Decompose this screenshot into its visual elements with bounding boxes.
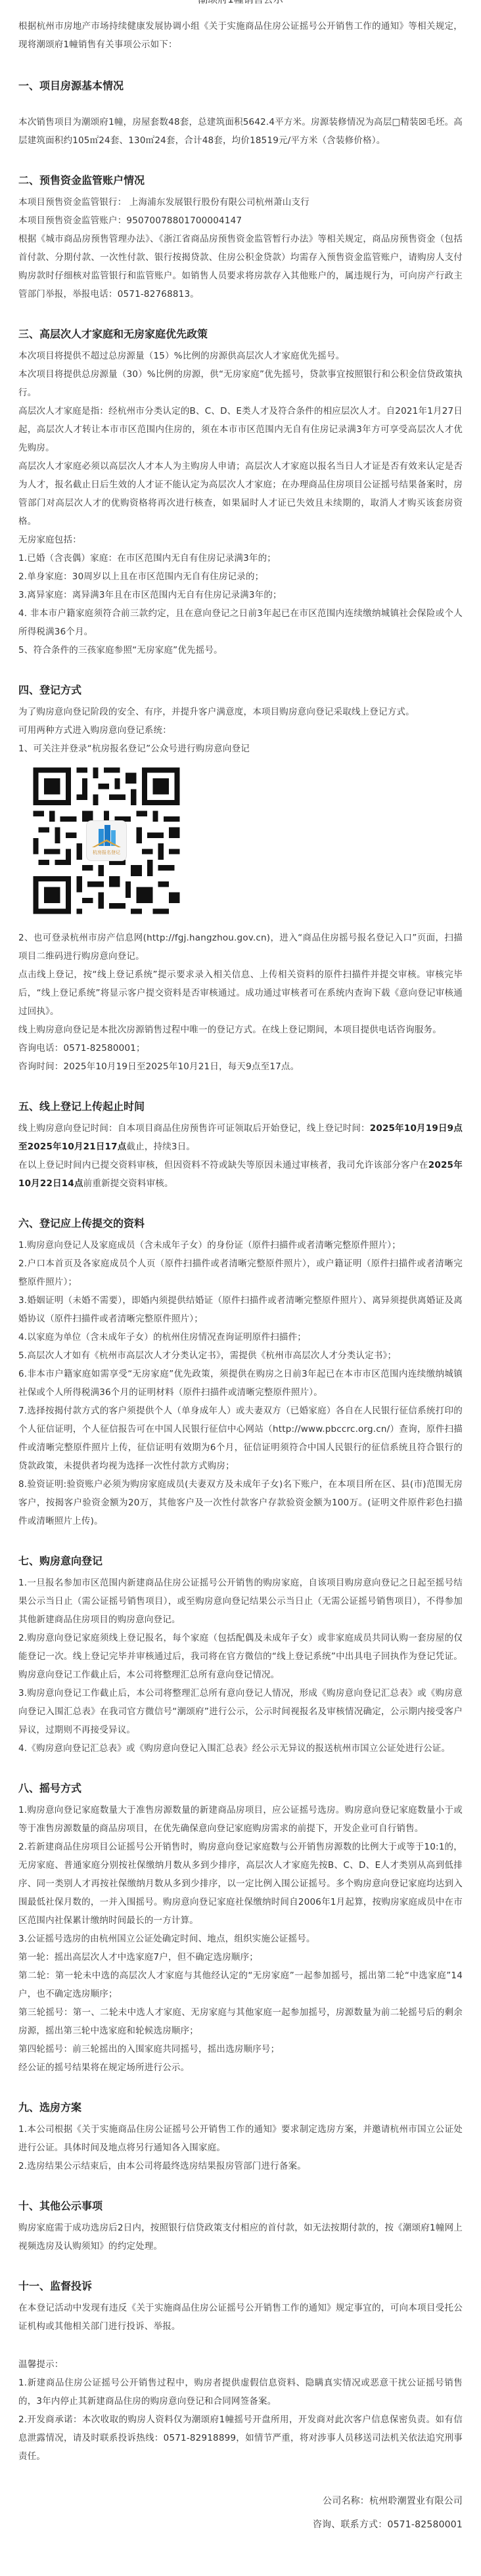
document-item: 2.户口本首页及各家庭成员个人页（原件扫描件或者清晰完整原件照片），或户籍证明（… — [18, 1255, 463, 1291]
section-4-heading: 四、登记方式 — [18, 682, 463, 699]
intent-item: 1.一旦报名参加市区范围内新建商品住房公证摇号公开销售的购房家庭，自该项目购房意… — [18, 1574, 463, 1629]
talent-rules: 高层次人才家庭必须以高层次人才本人为主购房人申请；高层次人才家庭以报名当日人才证… — [18, 457, 463, 531]
no-house-item: 2.单身家庭：30周岁以上且在市区范围内无自有住房记录的； — [18, 567, 463, 586]
lottery-round: 第二轮：第一轮未中选的高层次人才家庭与其他经认定的“无房家庭”一起参加摇号，摇出… — [18, 1966, 463, 2003]
supervision-account: 本项目预售资金监管账户：95070078801700004147 — [18, 211, 463, 230]
consult-phone: 咨询电话：0571-82580001； — [18, 1039, 463, 1057]
section-10-heading: 十、其他公示事项 — [18, 2198, 463, 2215]
resubmission-pre: 在以上登记时间内已提交资料审核，但因资料不符或缺失等原因未通过审核者，我司允许该… — [18, 1160, 428, 1170]
lottery-item: 1.购房意向登记家庭数量大于准售房源数量的新建商品房项目，应公证摇号选房。购房意… — [18, 1801, 463, 1838]
registration-period: 线上购房意向登记时间：自本项目商品住房预售许可证领取后开始登记，线上登记时间：2… — [18, 1119, 463, 1156]
intro-paragraph: 根据杭州市房地产市场持续健康发展协调小组《关于实施商品住房公证摇号公开销售工作的… — [18, 17, 463, 54]
lottery-round: 第一轮：摇出高层次人才中选家庭7户，但不确定选房顺序； — [18, 1948, 463, 1966]
consult-hours: 咨询时间：2025年10月19日至2025年10月21日，每天9点至17点。 — [18, 1057, 463, 1076]
no-house-quota: 本次项目将提供总房源量（30）%比例的房源，供“无房家庭”优先摇号，贷款事宜按照… — [18, 365, 463, 402]
section-9-heading: 九、选房方案 — [18, 2099, 463, 2116]
section-2-text: 根据《城市商品房预售管理办法》、《浙江省商品房预售资金监管暂行办法》等相关规定，… — [18, 230, 463, 303]
qr-logo: 杭房报名登记 — [86, 820, 127, 861]
registration-method: 为了购房意向登记阶段的安全、有序，并提升客户满意度，本项目购房意向登记采取线上登… — [18, 703, 463, 721]
intent-item: 4.《购房意向登记汇总表》或《购房意向登记入围汇总表》经公示无异议的报送杭州市国… — [18, 1739, 463, 1758]
supervision-bank: 本项目预售资金监管银行： 上海浦东发展银行股份有限公司杭州萧山支行 — [18, 193, 463, 211]
section-1-text: 本次销售项目为潮颂府1幢，房屋套数48套，总建筑面积5642.4平方米。房源装修… — [18, 113, 463, 150]
section-11-heading: 十一、监督投诉 — [18, 2278, 463, 2295]
lottery-item: 3.公证摇号选房的由杭州国立公证处确定时间、地点，组织实施公证摇号。 — [18, 1930, 463, 1948]
registration-way-1: 1、可关注并登录“杭房报名登记”公众号进行购房意向登记 — [18, 740, 463, 758]
building-logo-icon: 杭房报名登记 — [87, 821, 126, 860]
tip-item: 2.开发商承诺：本次收取的购房人资料仅为潮颂府1幢摇号开盘所用，开发商对此次客户… — [18, 2410, 463, 2466]
section-7-heading: 七、购房意向登记 — [18, 1553, 463, 1570]
lottery-round: 第四轮摇号：前三轮摇出的入围家庭共同摇号，摇出选房顺序号； — [18, 2040, 463, 2058]
complaint-notice: 在本登记活动中发现有违反《关于实施商品住房公证摇号公开销售工作的通知》规定事宜的… — [18, 2299, 463, 2336]
tips-heading: 温馨提示： — [18, 2355, 463, 2374]
company-name: 公司名称：杭州聆潮置业有限公司 — [18, 2489, 463, 2513]
no-house-item: 1.已婚（含丧偶）家庭：在市区范围内无自有住房记录满3年的； — [18, 549, 463, 567]
other-notice: 购房家庭需于成功选房后2日内，按照银行信贷政策支付相应的首付款，如无法按期付款的… — [18, 2219, 463, 2255]
document-item: 4.以家庭为单位（含未成年子女）的杭州住房情况查询证明原件扫描件； — [18, 1328, 463, 1346]
lottery-item: 经公证的摇号结果将在规定场所进行公示。 — [18, 2058, 463, 2077]
announcement-document: 潮颂府1幢销售公示 根据杭州市房地产市场持续健康发展协调小组《关于实施商品住房公… — [0, 0, 481, 2576]
registration-way-2: 2、也可登录杭州市房产信息网(http://fgj.hangzhou.gov.c… — [18, 929, 463, 966]
section-1-heading: 一、项目房源基本情况 — [18, 78, 463, 95]
section-3-heading: 三、高层次人才家庭和无房家庭优先政策 — [18, 326, 463, 343]
document-item: 7.选择按揭付款方式的客户须提供个人（单身成年人）或夫妻双方（已婚家庭）各自在人… — [18, 1402, 463, 1475]
registration-ways: 可用两种方式进入购房意向登记系统： — [18, 721, 463, 740]
section-5-heading: 五、线上登记上传起止时间 — [18, 1098, 463, 1115]
contact-phone: 咨询、联系方式：0571-82580001 — [18, 2513, 463, 2537]
document-item: 5.高层次人才如有《杭州市高层次人才分类认定书》，需提供《杭州市高层次人才分类认… — [18, 1346, 463, 1365]
signature-block: 公司名称：杭州聆潮置业有限公司 咨询、联系方式：0571-82580001 — [18, 2489, 463, 2537]
talent-quota: 本次项目将提供不超过总房源量（15）%比例的房源供高层次人才家庭优先摇号。 — [18, 347, 463, 365]
selection-item: 1.本公司根据《关于实施商品住房公证摇号公开销售工作的通知》要求制定选房方案，并… — [18, 2120, 463, 2157]
resubmission-note: 在以上登记时间内已提交资料审核，但因资料不符或缺失等原因未通过审核者，我司允许该… — [18, 1156, 463, 1193]
lottery-round: 第三轮摇号：第一、二轮未中选人才家庭、无房家庭与其他家庭一起参加摇号，房源数量为… — [18, 2003, 463, 2040]
document-item: 6.非本市户籍家庭如需享受“无房家庭”优先政策，须提供在购房之日前3年起已在本市… — [18, 1365, 463, 1402]
section-6-heading: 六、登记应上传提交的资料 — [18, 1215, 463, 1232]
registration-note: 线上购房意向登记是本批次房源销售过程中唯一的登记方式。在线上登记期间，本项目提供… — [18, 1021, 463, 1039]
document-item: 3.婚姻证明（未婚不需要），即婚内须提供结婚证（原件扫描件或者清晰完整原件照片）… — [18, 1291, 463, 1328]
section-2-heading: 二、预售资金监管账户情况 — [18, 172, 463, 189]
no-house-item: 4. 非本市户籍家庭须符合前三款约定，且在意向登记之日前3年起已在市区范围内连续… — [18, 604, 463, 641]
no-house-item: 5、符合条件的三孩家庭参照“无房家庭”优先摇号。 — [18, 641, 463, 659]
registration-instructions: 点击线上登记，按“线上登记系统”提示要求录入相关信息、上传相关资料的原件扫描件并… — [18, 966, 463, 1021]
lottery-item: 2.若新建商品住房项目公证摇号公开销售时，购房意向登记家庭数与公开销售房源数的比… — [18, 1838, 463, 1930]
document-item: 8.验资证明:验资账户必须为购房家庭成员(夫妻双方及未成年子女)名下账户，在本项… — [18, 1475, 463, 1530]
intent-item: 3.购房意向登记工作截止后，本公司将整理汇总所有意向登记人情况，形成《购房意向登… — [18, 1684, 463, 1739]
intent-item: 2.购房意向登记家庭须线上登记报名，每个家庭（包括配偶及未成年子女）或非家庭成员… — [18, 1629, 463, 1684]
talent-definition: 高层次人才家庭是指：经杭州市分类认定的B、C、D、E类人才及符合条件的相应层次人… — [18, 402, 463, 457]
section-8-heading: 八、摇号方式 — [18, 1780, 463, 1797]
tip-item: 1.新建商品住房公证摇号公开销售过程中，购房者提供虚假信息资料、隐瞒真实情况或恶… — [18, 2374, 463, 2410]
selection-item: 2.选房结果公示结束后，由本公司将最终选房结果报房管部门进行备案。 — [18, 2157, 463, 2175]
no-house-intro: 无房家庭包括： — [18, 531, 463, 549]
document-title-cut: 潮颂府1幢销售公示 — [18, 0, 463, 4]
document-item: 1.购房意向登记人及家庭成员（含未成年子女）的身份证（原件扫描件或者清晰完整原件… — [18, 1236, 463, 1255]
resubmission-post: 前重新提交资料审核。 — [83, 1178, 173, 1189]
registration-period-pre: 线上购房意向登记时间：自本项目商品住房预售许可证领取后开始登记，线上登记时间： — [18, 1123, 370, 1134]
no-house-item: 3.离异家庭：离异满3年且在市区范围内无自有住房记录满3年的； — [18, 586, 463, 604]
svg-text:杭房报名登记: 杭房报名登记 — [93, 849, 120, 855]
wechat-qr-code[interactable]: 杭房报名登记 — [28, 762, 185, 920]
registration-period-post: 截止，持续3日。 — [126, 1142, 195, 1152]
